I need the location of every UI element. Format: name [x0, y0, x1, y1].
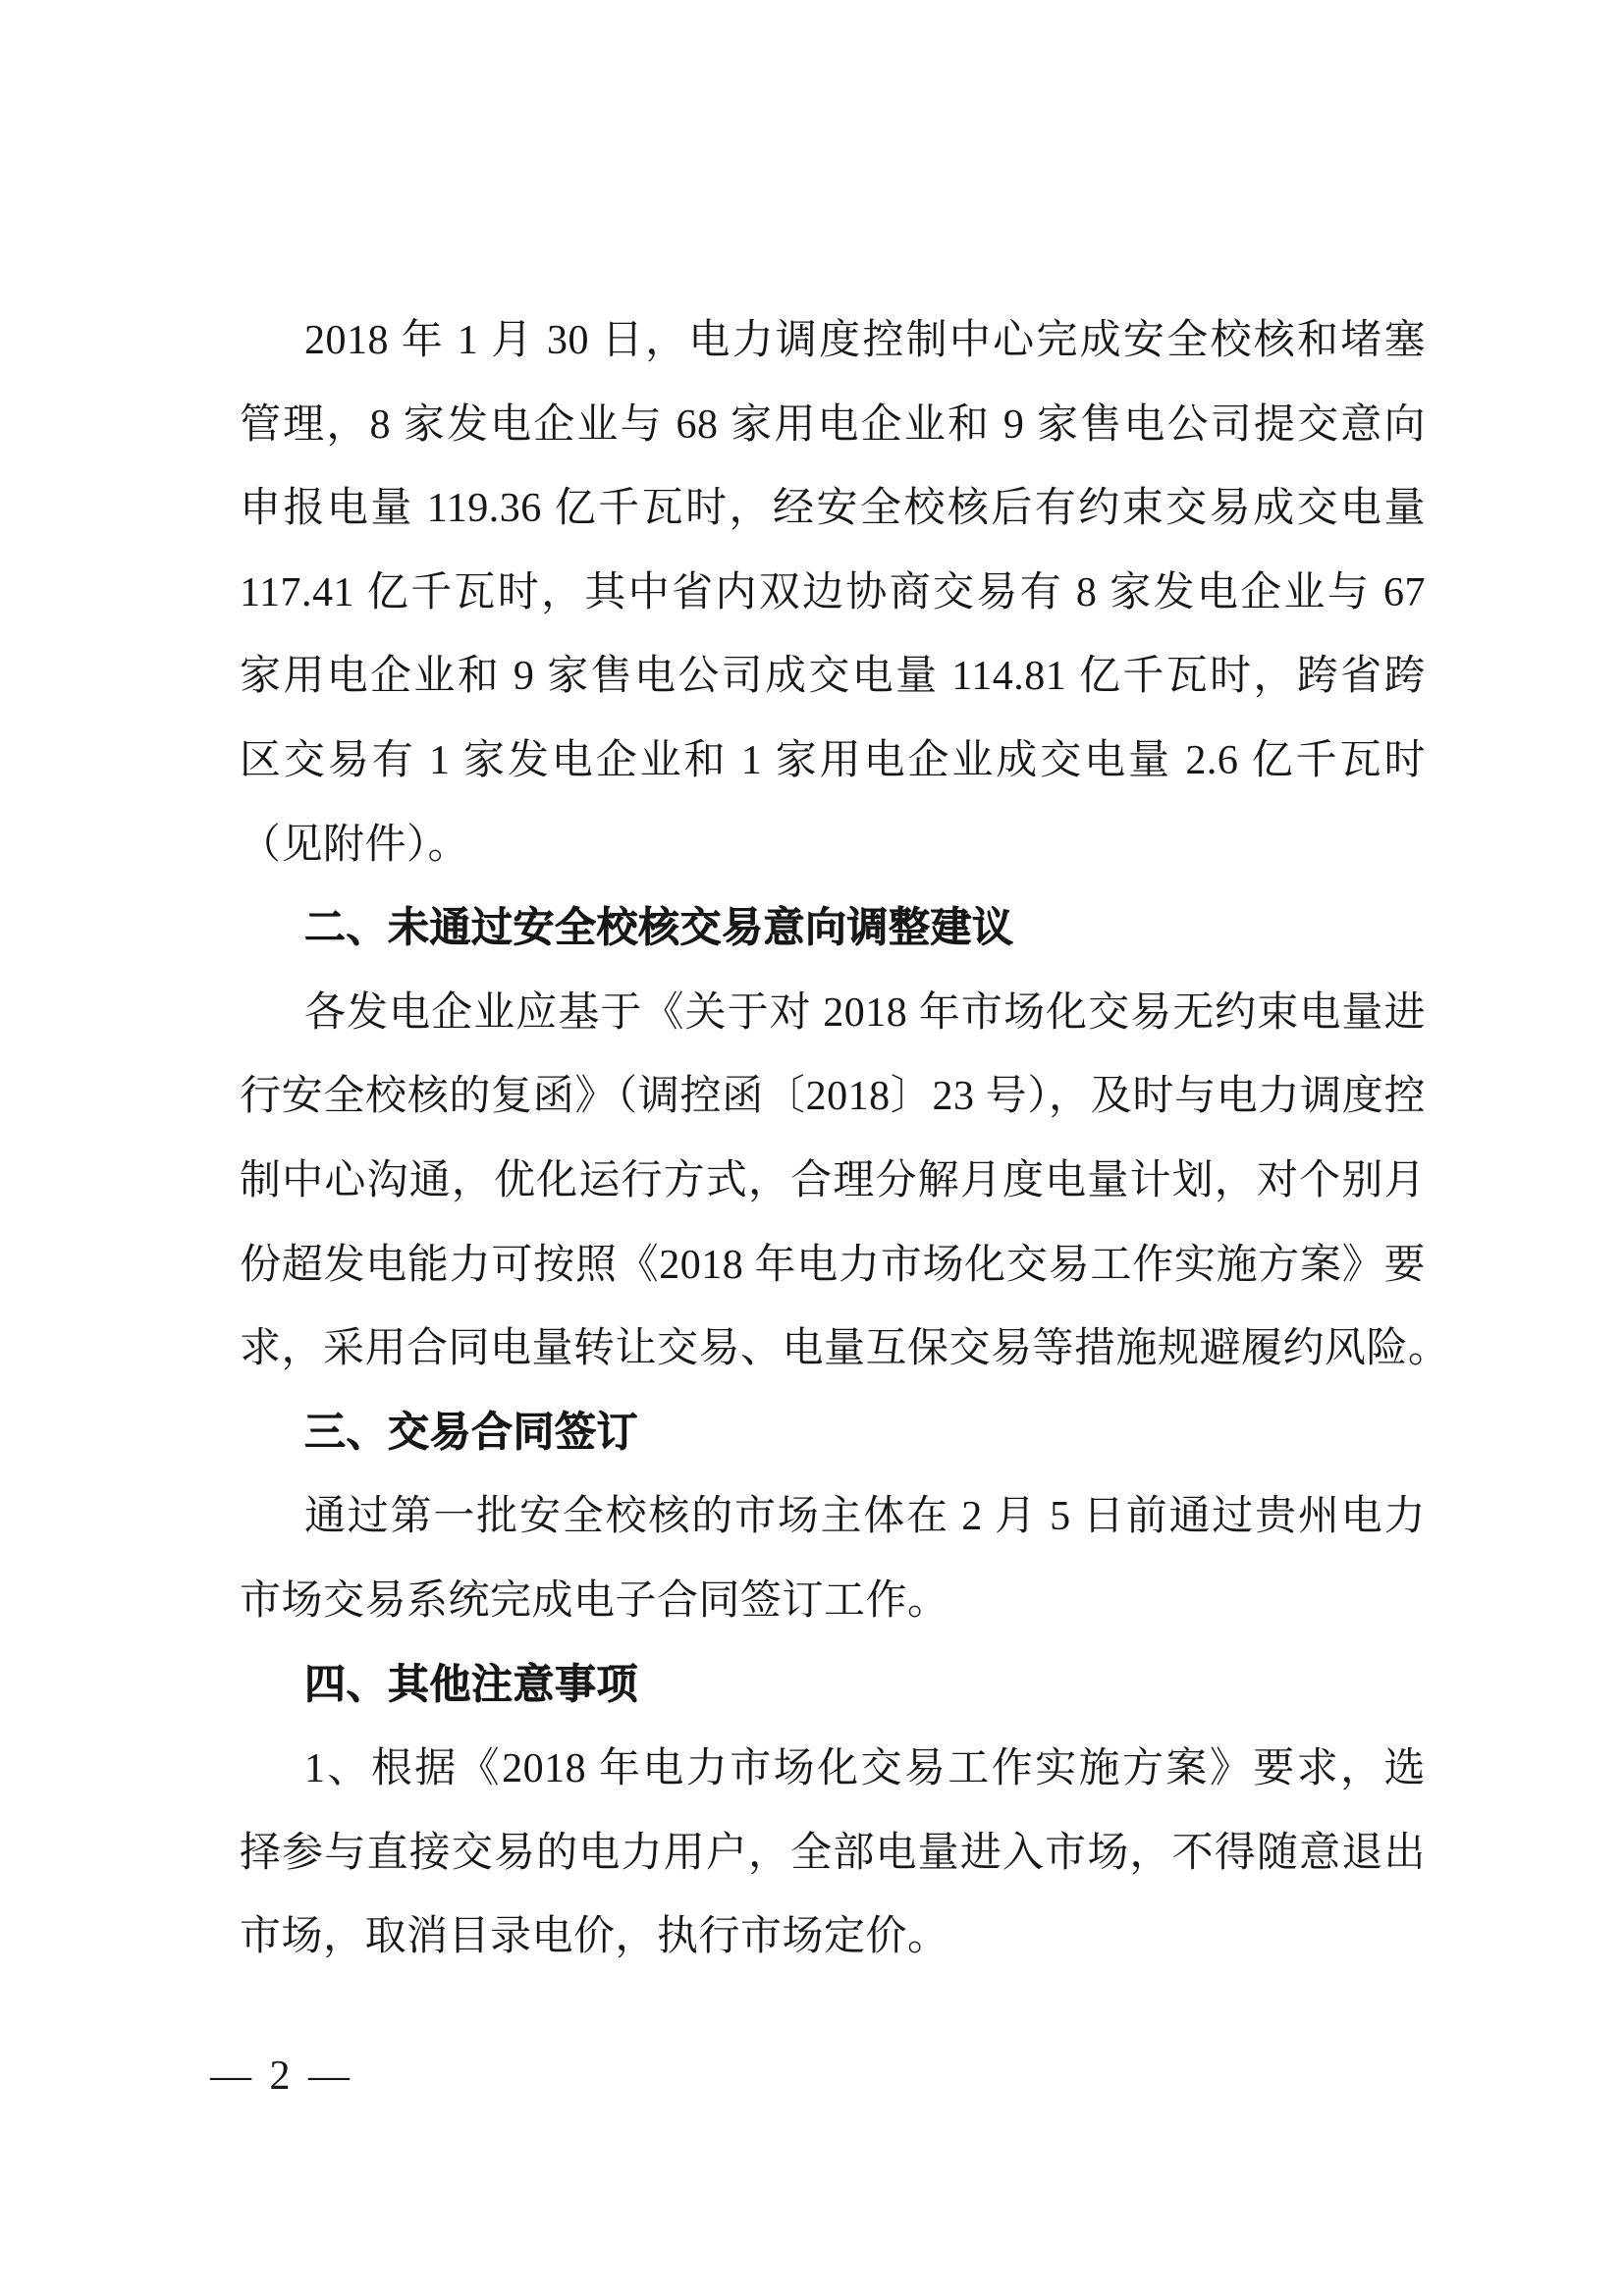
paragraph-1-line-2: 管理，8 家发电企业与 68 家用电企业和 9 家售电公司提交意向 — [240, 384, 1426, 468]
paragraph-2-line-2: 行安全校核的复函》（调控函〔2018〕23 号），及时与电力调度控 — [240, 1055, 1426, 1140]
paragraph-2-line-4: 份超发电能力可按照《2018 年电力市场化交易工作实施方案》要 — [240, 1224, 1426, 1308]
paragraph-3-line-1: 通过第一批安全校核的市场主体在 2 月 5 日前通过贵州电力 — [240, 1475, 1426, 1560]
section-4-heading: 四、其他注意事项 — [240, 1644, 1426, 1729]
paragraph-1-line-3: 申报电量 119.36 亿千瓦时，经安全校核后有约束交易成交电量 — [240, 467, 1426, 552]
page-number: — 2 — — [210, 2047, 353, 2106]
paragraph-4-line-2: 择参与直接交易的电力用户，全部电量进入市场，不得随意退出 — [240, 1812, 1426, 1896]
paragraph-2-line-5: 求，采用合同电量转让交易、电量互保交易等措施规避履约风险。 — [240, 1308, 1426, 1392]
paragraph-1-line-4: 117.41 亿千瓦时，其中省内双边协商交易有 8 家发电企业与 67 — [240, 552, 1426, 636]
document-page: 2018 年 1 月 30 日，电力调度控制中心完成安全校核和堵塞 管理，8 家… — [0, 0, 1624, 2296]
paragraph-2-line-1: 各发电企业应基于《关于对 2018 年市场化交易无约束电量进 — [240, 972, 1426, 1056]
section-2-heading: 二、未通过安全校核交易意向调整建议 — [240, 887, 1426, 972]
document-text-block: 2018 年 1 月 30 日，电力调度控制中心完成安全校核和堵塞 管理，8 家… — [240, 299, 1426, 1980]
paragraph-4-line-1: 1、根据《2018 年电力市场化交易工作实施方案》要求，选 — [240, 1728, 1426, 1812]
paragraph-1-line-5: 家用电企业和 9 家售电公司成交电量 114.81 亿千瓦时，跨省跨 — [240, 635, 1426, 720]
paragraph-1-line-1: 2018 年 1 月 30 日，电力调度控制中心完成安全校核和堵塞 — [240, 299, 1426, 384]
paragraph-1-line-6: 区交易有 1 家发电企业和 1 家用电企业成交电量 2.6 亿千瓦时 — [240, 720, 1426, 804]
paragraph-3-line-2: 市场交易系统完成电子合同签订工作。 — [240, 1560, 1426, 1644]
paragraph-4-line-3: 市场，取消目录电价，执行市场定价。 — [240, 1896, 1426, 1980]
paragraph-2-line-3: 制中心沟通，优化运行方式，合理分解月度电量计划，对个别月 — [240, 1140, 1426, 1224]
section-3-heading: 三、交易合同签订 — [240, 1392, 1426, 1476]
paragraph-1-line-7: （见附件）。 — [240, 804, 1426, 888]
